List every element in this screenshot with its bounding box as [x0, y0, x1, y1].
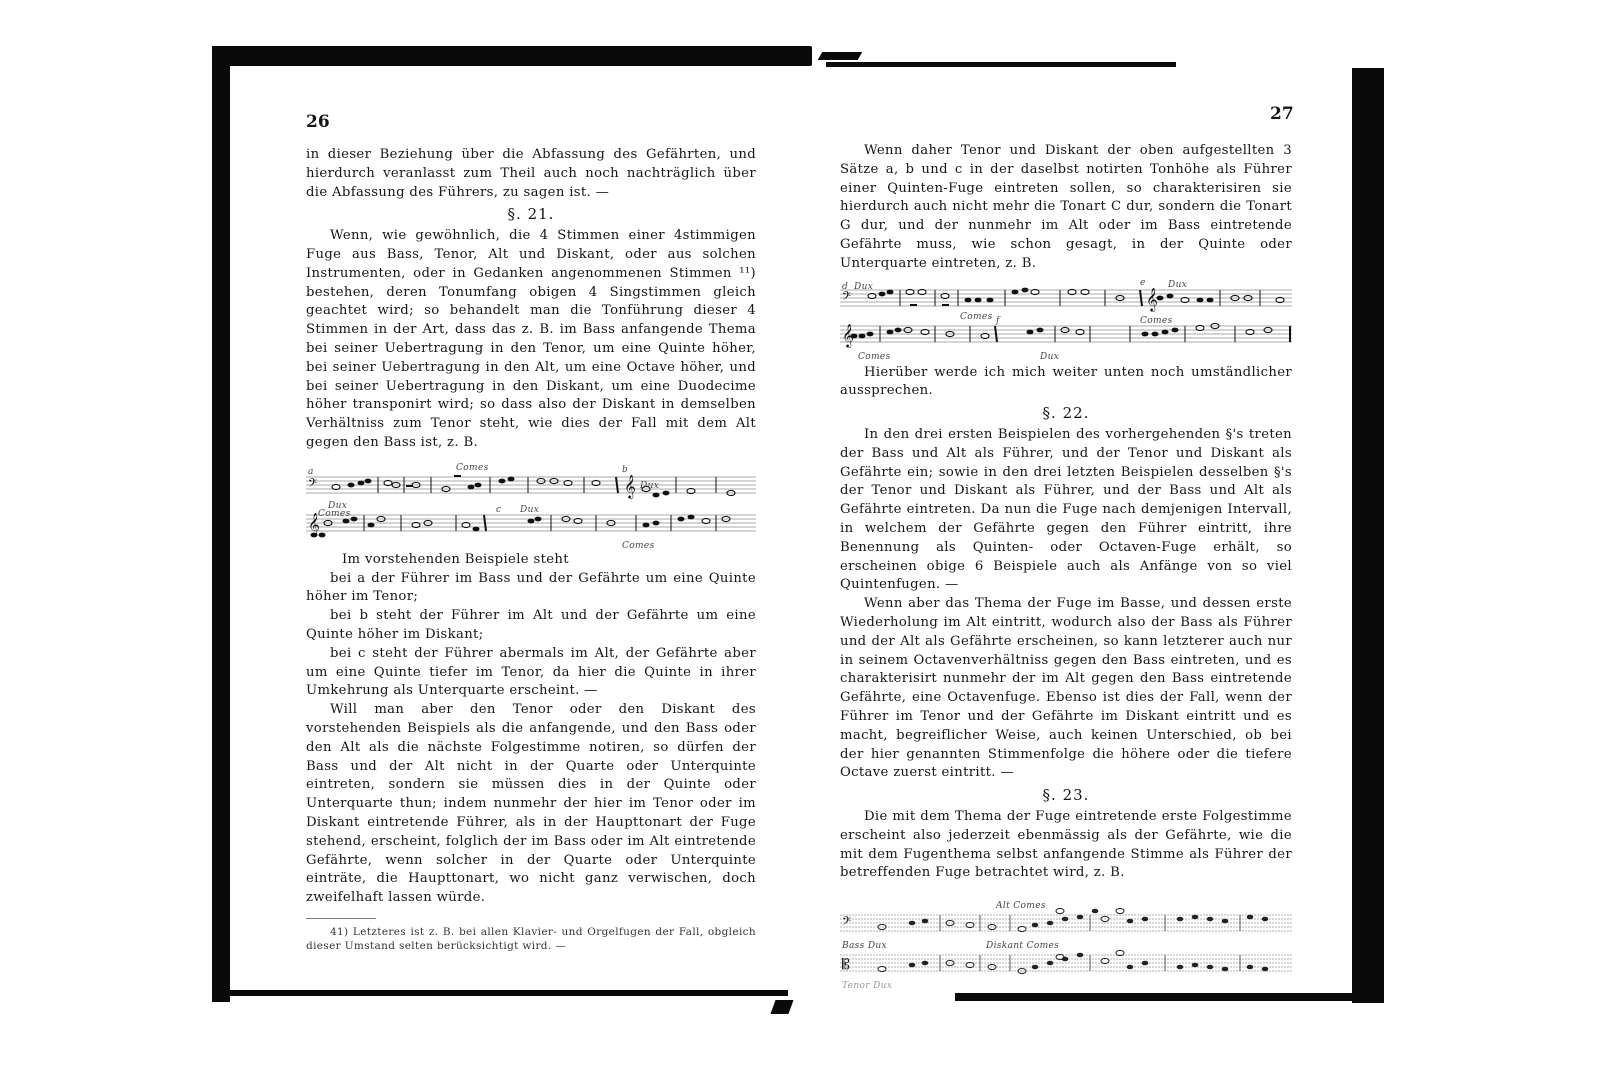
music-label-comes: Comes	[960, 308, 993, 327]
paragraph-wenn-daher: Wenn daher Tenor und Diskant der oben au…	[840, 142, 1292, 274]
paragraph-example-b: bei b steht der Führer im Alt und der Ge…	[306, 607, 756, 645]
music-label-f: f	[996, 312, 1000, 331]
music-label-dux: Dux	[1040, 348, 1059, 367]
section-heading-23: §. 23.	[840, 786, 1292, 805]
music-label-comes: Comes	[858, 348, 891, 367]
left-page-top-border	[212, 46, 812, 66]
left-page: 26 in dieser Beziehung über die Abfassun…	[230, 66, 790, 990]
music-label-diskant-comes: Diskant Comes	[986, 937, 1059, 956]
right-page-bottom-border	[955, 993, 1375, 1001]
paragraph-hierueber: Hierüber werde ich mich weiter unten noc…	[840, 364, 1292, 402]
music-label-dux: Dux	[520, 501, 539, 520]
svg-text:𝄡: 𝄡	[842, 957, 850, 973]
paragraph-example-a: bei a der Führer im Bass und der Gefährt…	[306, 570, 756, 608]
right-page-body: Wenn daher Tenor und Diskant der oben au…	[840, 142, 1292, 993]
music-staff-icon: 𝄢 𝄞 𝄞	[840, 278, 1292, 358]
music-label-e: e	[1140, 274, 1146, 293]
music-example-octave: 𝄢 𝄡 Alt Comes Bass Dux Diskant Comes Ten…	[840, 897, 1292, 987]
paragraph-22b: Wenn aber das Thema der Fuge im Basse, u…	[840, 595, 1292, 783]
footnote-divider	[306, 918, 376, 919]
paragraph-22a: In den drei ersten Beispielen des vorher…	[840, 426, 1292, 595]
page-number: 26	[306, 112, 330, 132]
section-heading-21: §. 21.	[306, 205, 756, 224]
music-label-dux: Dux	[854, 278, 873, 297]
section-heading-22: §. 22.	[840, 404, 1292, 423]
paragraph-21: Wenn, wie gewöhnlich, die 4 Stimmen eine…	[306, 227, 756, 453]
music-example-def: 𝄢 𝄞 𝄞 d Dux Comes e Dux Comes f Comes Du…	[840, 278, 1292, 358]
svg-text:𝄢: 𝄢	[842, 915, 851, 931]
left-page-bottom-border	[218, 990, 788, 996]
music-label-comes: Comes	[318, 505, 351, 524]
left-page-left-border	[212, 46, 230, 1002]
music-label-alt-comes: Alt Comes	[996, 897, 1046, 916]
right-page-right-border	[1352, 68, 1384, 1003]
left-page-body: in dieser Beziehung über die Abfassung d…	[306, 146, 756, 953]
paragraph-23: Die mit dem Thema der Fuge eintretende e…	[840, 808, 1292, 883]
page-number: 27	[1270, 104, 1294, 124]
music-label-d: d	[842, 278, 848, 297]
gutter-mark	[770, 1000, 793, 1014]
music-label-a: a	[308, 463, 314, 482]
svg-text:𝄞: 𝄞	[842, 323, 854, 348]
music-label-b: b	[622, 461, 628, 480]
footnote: 41) Letzteres ist z. B. bei allen Klavie…	[306, 925, 756, 953]
music-example-abc: 𝄢 𝄞 𝄞 a Comes b Dux Dux Comes c Dux Come…	[306, 463, 756, 545]
paragraph-intro: in dieser Beziehung über die Abfassung d…	[306, 146, 756, 202]
music-label-c: c	[496, 501, 501, 520]
music-label-comes: Comes	[622, 537, 655, 556]
paragraph-example-c: bei c steht der Führer abermals im Alt, …	[306, 645, 756, 701]
music-label-comes: Comes	[1140, 312, 1173, 331]
music-staff-icon: 𝄢 𝄡	[840, 897, 1292, 987]
music-label-bass-dux: Bass Dux	[842, 937, 887, 956]
music-label-tenor-dux: Tenor Dux	[842, 977, 892, 996]
music-label-dux: Dux	[640, 477, 659, 496]
svg-text:𝄞: 𝄞	[1146, 287, 1158, 312]
paragraph-examples-intro: Im vorstehenden Beispiele steht	[306, 551, 756, 570]
gutter-mark-top	[818, 52, 863, 60]
music-label-comes: Comes	[456, 459, 489, 478]
paragraph-will-man: Will man aber den Tenor oder den Diskant…	[306, 701, 756, 908]
music-label-dux: Dux	[1168, 276, 1187, 295]
right-page: 27 Wenn daher Tenor und Diskant der oben…	[800, 66, 1352, 992]
